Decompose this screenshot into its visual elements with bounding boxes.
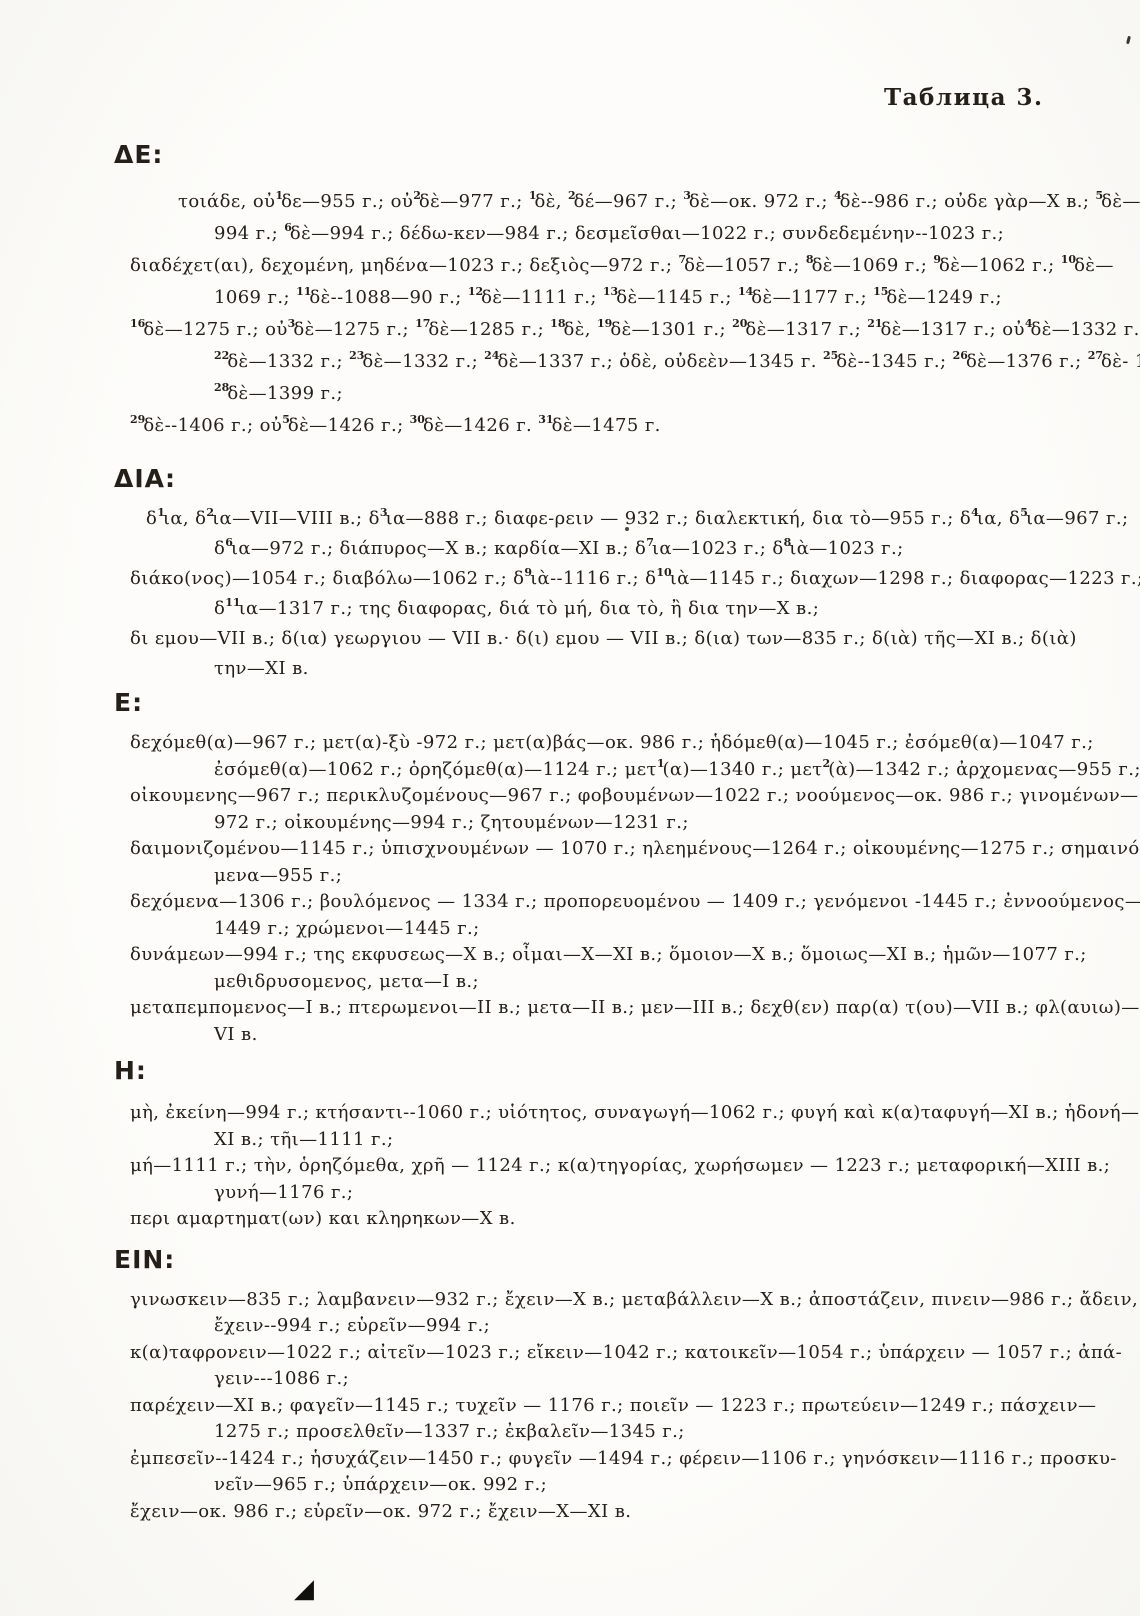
entry-line: μεθιδρυσομενος, μετα—I в.;	[214, 969, 1125, 996]
entry-line: μή—1111 г.; τὴν, ὁρηζόμεθα, χρῆ — 1124 г…	[130, 1153, 1125, 1180]
entry-line: ἐμπεσεῖν--1424 г.; ἡσυχάζειν—1450 г.; φυ…	[130, 1446, 1125, 1473]
entry-line: ἔχειν—ок. 986 г.; εὑρεῖν—ок. 972 г.; ἔχε…	[130, 1499, 1125, 1526]
entry-line: 29δὲ--1406 г.; οὐ5δὲ—1426 г.; 30δὲ—1426 …	[130, 410, 1125, 442]
section-heading: ΕΙΝ:	[114, 1245, 1125, 1275]
entry-line: μενα—955 г.;	[214, 863, 1125, 890]
entry-line: την—XI в.	[214, 654, 1125, 684]
entry-line: δ1ια, δ2ια—VII—VIII в.; δ3ια—888 г.; δια…	[146, 504, 1125, 534]
entry-line: τοιάδε, οὐ1δε—955 г.; οὐ2δὲ—977 г.; 1δὲ,…	[178, 186, 1125, 218]
entry-line: 972 г.; οἰκουμένης—994 г.; ζητουμένων—12…	[214, 810, 1125, 837]
index-section: Ε:δεχόμεθ(α)—967 г.; μετ(α)-ξὺ -972 г.; …	[100, 688, 1125, 1048]
entry-line: γινωσκειν—835 г.; λαμβανειν—932 г.; ἔχει…	[130, 1287, 1125, 1314]
entry-line: 1275 г.; προσελθεῖν—1337 г.; ἐκβαλεῖν—13…	[214, 1419, 1125, 1446]
entry-line: παρέχειν—XI в.; φαγεῖν—1145 г.; τυχεῖν —…	[130, 1393, 1125, 1420]
section-heading: ΔΙΑ:	[114, 464, 1125, 494]
entry-line: διαδέχετ(αι), δεχομένη, μηδένα—1023 г.; …	[130, 250, 1125, 282]
section-heading: ΔΕ:	[114, 140, 1125, 170]
entry-line: 994 г.; 6δὲ—994 г.; δέδω-κεν—984 г.; δεσ…	[214, 218, 1125, 250]
entry-line: δεχόμεθ(α)—967 г.; μετ(α)-ξὺ -972 г.; με…	[130, 730, 1125, 757]
entry-line: 16δὲ—1275 г.; οὐ3δὲ—1275 г.; 17δὲ—1285 г…	[130, 314, 1125, 346]
entry-line: δυνάμεων—994 г.; της εκφυσεως—X в.; οἶμα…	[130, 942, 1125, 969]
index-section: ΔΙΑ:δ1ια, δ2ια—VII—VIII в.; δ3ια—888 г.;…	[100, 464, 1125, 684]
entry-line: VI в.	[214, 1022, 1125, 1049]
entry-line: 1449 г.; χρώμενοι—1445 г.;	[214, 916, 1125, 943]
entry-line: ἔχειν--994 г.; εὑρεῖν—994 г.;	[214, 1313, 1125, 1340]
printer-triangle-mark: ◢	[294, 1576, 314, 1602]
section-heading: Η:	[114, 1056, 1125, 1086]
entry-line: γειν---1086 г.;	[214, 1366, 1125, 1393]
entry-line: δ11ια—1317 г.; της διαφορας, διά τὸ μή, …	[214, 594, 1125, 624]
index-sections: ΔΕ:τοιάδε, οὐ1δε—955 г.; οὐ2δὲ—977 г.; 1…	[100, 140, 1125, 1525]
entry-line: μὴ, ἐκείνη—994 г.; κτήσαντι--1060 г.; υἱ…	[130, 1100, 1125, 1127]
entry-line: 28δὲ—1399 г.;	[214, 378, 1125, 410]
entry-line: δεχόμενα—1306 г.; βουλόμενος — 1334 г.; …	[130, 889, 1125, 916]
index-section: Η:μὴ, ἐκείνη—994 г.; κτήσαντι--1060 г.; …	[100, 1056, 1125, 1233]
entry-line: νεῖν—965 г.; ὑπάρχειν—ок. 992 г.;	[214, 1472, 1125, 1499]
page-title: Таблица 3.	[884, 84, 1044, 111]
entry-line: XI в.; τῆι—1111 г.;	[214, 1127, 1125, 1154]
entry-line: γυνή—1176 г.;	[214, 1180, 1125, 1207]
entry-line: δι εμου—VII в.; δ(ια) γεωργιου — VII в.·…	[130, 624, 1125, 654]
entry-line: δ6ια—972 г.; διάπυρος—X в.; καρδία—XI в.…	[214, 534, 1125, 564]
ink-speck	[1126, 36, 1131, 44]
entry-line: ἐσόμεθ(α)—1062 г.; ὁρηζόμεθ(α)—1124 г.; …	[214, 757, 1125, 784]
index-section: ΕΙΝ:γινωσκειν—835 г.; λαμβανειν—932 г.; …	[100, 1245, 1125, 1526]
entry-line: 1069 г.; 11δὲ--1088—90 г.; 12δὲ—1111 г.;…	[214, 282, 1125, 314]
entry-line: μεταπεμπομενος—I в.; πτερωμενοι—II в.; μ…	[130, 995, 1125, 1022]
entry-line: κ(α)ταφρονειν—1022 г.; αἰτεῖν—1023 г.; ε…	[130, 1340, 1125, 1367]
entry-line: περι αμαρτηματ(ων) και κληρηκων—X в.	[130, 1206, 1125, 1233]
scanned-page: Таблица 3. ΔΕ:τοιάδε, οὐ1δε—955 г.; οὐ2δ…	[0, 0, 1140, 1616]
entry-line: διάκο(νος)—1054 г.; διαβόλω—1062 г.; δ9ι…	[130, 564, 1125, 594]
index-section: ΔΕ:τοιάδε, οὐ1δε—955 г.; οὐ2δὲ—977 г.; 1…	[100, 140, 1125, 442]
entry-line: οἰκουμενης—967 г.; περικλυζομένους—967 г…	[130, 783, 1125, 810]
section-heading: Ε:	[114, 688, 1125, 718]
entry-line: δαιμονιζομένου—1145 г.; ὑπισχνουμένων — …	[130, 836, 1125, 863]
entry-line: 22δὲ—1332 г.; 23δὲ—1332 г.; 24δὲ—1337 г.…	[214, 346, 1125, 378]
